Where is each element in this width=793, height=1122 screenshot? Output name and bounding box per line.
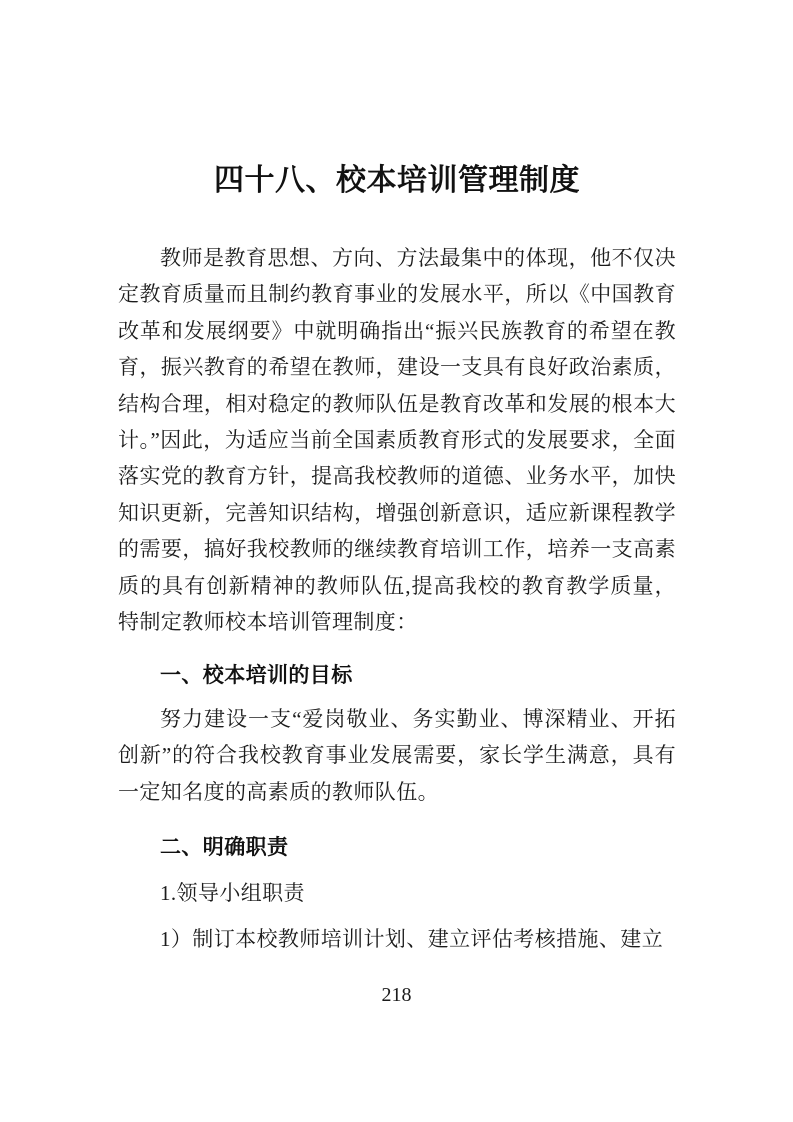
section-heading-responsibilities: 二、明确职责 [118,830,676,866]
paragraph-introduction: 教师是教育思想、方向、方法最集中的体现，他不仅决定教育质量而且制约教育事业的发展… [118,240,676,640]
paragraph-training-goal: 努力建设一支“爱岗敬业、务实勤业、博深精业、开拓创新”的符合我校教育事业发展需要… [118,701,676,810]
page-title: 四十八、校本培训管理制度 [118,160,676,202]
section-heading-training-goal: 一、校本培训的目标 [118,658,676,694]
document-content: 四十八、校本培训管理制度 教师是教育思想、方向、方法最集中的体现，他不仅决定教育… [118,160,676,957]
list-item-make-training-plan: 1）制订本校教师培训计划、建立评估考核措施、建立 [118,921,676,957]
list-item-leader-group-duty: 1.领导小组职责 [118,875,676,911]
document-page: 四十八、校本培训管理制度 教师是教育思想、方向、方法最集中的体现，他不仅决定教育… [0,0,793,1122]
page-number: 218 [0,982,793,1008]
